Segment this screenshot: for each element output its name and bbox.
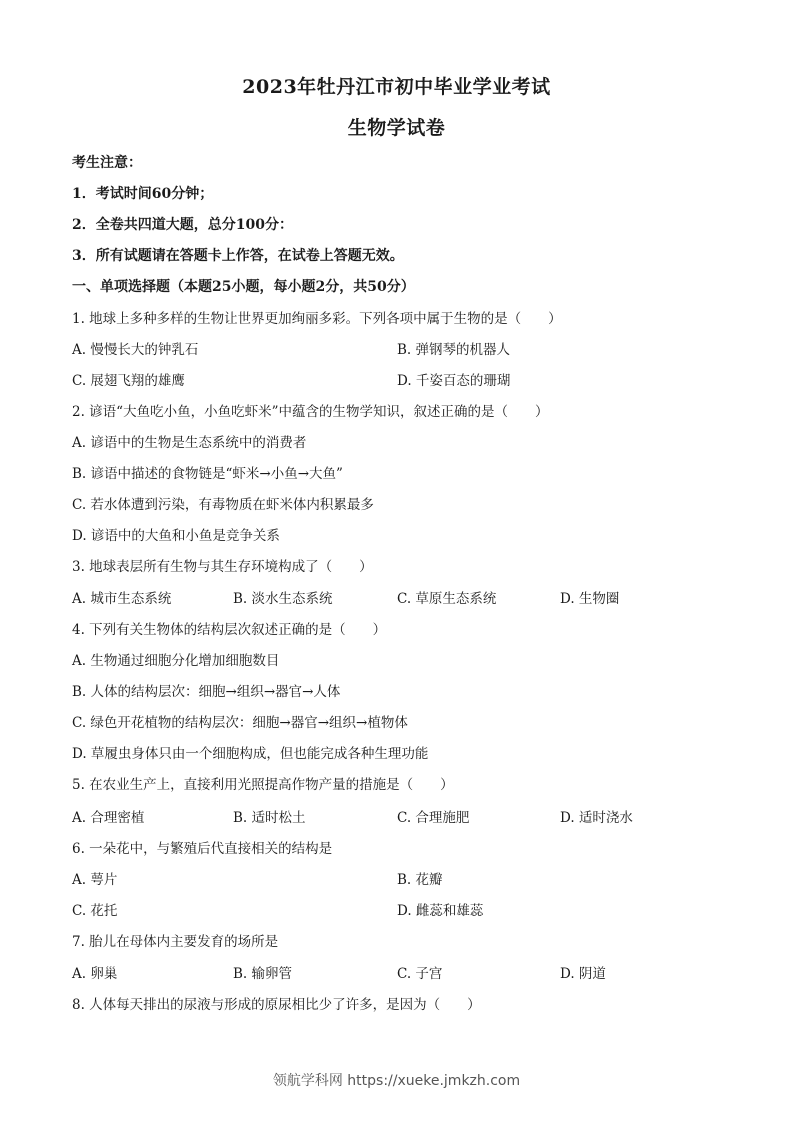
question-7-stem: 7. 胎儿在母体内主要发育的场所是 bbox=[72, 930, 278, 950]
question-4-option-c: C. 绿色开花植物的结构层次：细胞→器官→组织→植物体 bbox=[72, 711, 408, 731]
question-8-stem: 8. 人体每天排出的尿液与形成的原尿相比少了许多，是因为（ ） bbox=[72, 993, 481, 1013]
question-3-option-d: D. 生物圈 bbox=[560, 587, 619, 607]
question-5-option-b: B. 适时松土 bbox=[233, 806, 306, 826]
question-5-stem: 5. 在农业生产上，直接利用光照提高作物产量的措施是（ ） bbox=[72, 773, 454, 793]
question-4-stem: 4. 下列有关生物体的结构层次叙述正确的是（ ） bbox=[72, 618, 386, 638]
question-7-option-a: A. 卵巢 bbox=[72, 962, 117, 982]
question-6-option-a: A. 萼片 bbox=[72, 868, 117, 888]
question-2-stem: 2. 谚语“大鱼吃小鱼，小鱼吃虾米”中蕴含的生物学知识，叙述正确的是（ ） bbox=[72, 400, 548, 420]
question-7-option-c: C. 子宫 bbox=[397, 962, 442, 982]
notice-item-1: 1．考试时间60分钟； bbox=[72, 183, 213, 203]
notice-heading: 考生注意： bbox=[72, 152, 142, 172]
question-3-stem: 3. 地球表层所有生物与其生存环境构成了（ ） bbox=[72, 555, 373, 575]
notice-item-2: 2．全卷共四道大题，总分100分： bbox=[72, 214, 293, 234]
question-6-stem: 6. 一朵花中，与繁殖后代直接相关的结构是 bbox=[72, 837, 332, 857]
question-5-option-a: A. 合理密植 bbox=[72, 806, 144, 826]
question-3-option-c: C. 草原生态系统 bbox=[397, 587, 496, 607]
question-1-option-a: A. 慢慢长大的钟乳石 bbox=[72, 338, 198, 358]
question-5-option-c: C. 合理施肥 bbox=[397, 806, 469, 826]
question-6-option-b: B. 花瓣 bbox=[397, 868, 443, 888]
question-5-option-d: D. 适时浇水 bbox=[560, 806, 633, 826]
exam-subtitle: 生物学试卷 bbox=[0, 113, 793, 140]
question-2-option-c: C. 若水体遭到污染，有毒物质在虾米体内积累最多 bbox=[72, 493, 374, 513]
section-heading: 一、单项选择题（本题25小题，每小题2分，共50分） bbox=[72, 276, 415, 296]
question-4-option-d: D. 草履虫身体只由一个细胞构成，但也能完成各种生理功能 bbox=[72, 742, 428, 762]
question-1-option-c: C. 展翅飞翔的雄鹰 bbox=[72, 369, 185, 389]
question-7-option-d: D. 阴道 bbox=[560, 962, 606, 982]
notice-item-3: 3．所有试题请在答题卡上作答，在试卷上答题无效。 bbox=[72, 245, 404, 265]
question-2-option-b: B. 谚语中描述的食物链是“虾米→小鱼→大鱼” bbox=[72, 462, 343, 482]
question-1-stem: 1. 地球上多种多样的生物让世界更加绚丽多彩。下列各项中属于生物的是（ ） bbox=[72, 307, 562, 327]
question-6-option-d: D. 雌蕊和雄蕊 bbox=[397, 899, 483, 919]
question-1-option-b: B. 弹钢琴的机器人 bbox=[397, 338, 510, 358]
question-1-option-d: D. 千姿百态的珊瑚 bbox=[397, 369, 510, 389]
question-3-option-a: A. 城市生态系统 bbox=[72, 587, 171, 607]
footer-watermark: 领航学科网 https://xueke.jmkzh.com bbox=[0, 1070, 793, 1090]
question-2-option-a: A. 谚语中的生物是生态系统中的消费者 bbox=[72, 431, 306, 451]
question-2-option-d: D. 谚语中的大鱼和小鱼是竞争关系 bbox=[72, 524, 280, 544]
exam-page: 2023年牡丹江市初中毕业学业考试 生物学试卷 考生注意： 1．考试时间60分钟… bbox=[0, 0, 793, 1122]
question-3-option-b: B. 淡水生态系统 bbox=[233, 587, 333, 607]
question-4-option-b: B. 人体的结构层次：细胞→组织→器官→人体 bbox=[72, 680, 340, 700]
question-7-option-b: B. 输卵管 bbox=[233, 962, 292, 982]
exam-title: 2023年牡丹江市初中毕业学业考试 bbox=[0, 72, 793, 99]
question-6-option-c: C. 花托 bbox=[72, 899, 117, 919]
question-4-option-a: A. 生物通过细胞分化增加细胞数目 bbox=[72, 649, 279, 669]
